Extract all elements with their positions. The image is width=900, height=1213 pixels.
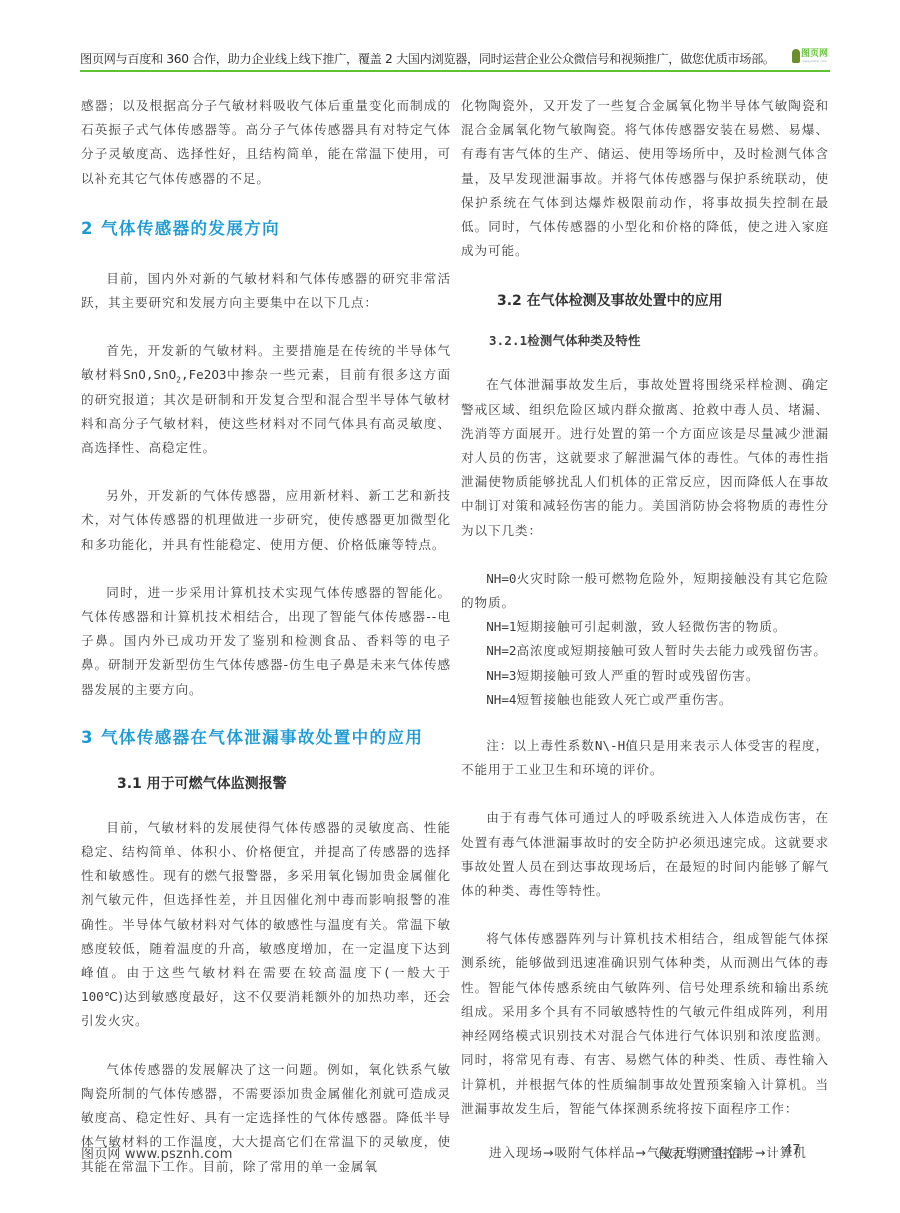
- site-logo[interactable]: 图页网 www.psznh.com: [792, 49, 828, 63]
- paragraph: 将气体传感器阵列与计算机技术相结合，组成智能气体探测系统，能够做到迅速准确识别气…: [461, 927, 829, 1121]
- formula-part: ,Fe2O3: [181, 367, 227, 382]
- toxicity-code: NH=0: [486, 571, 516, 586]
- footer-journal-name: 仪表与测量控制: [658, 1143, 749, 1162]
- temperature-value: 100℃: [81, 989, 118, 1004]
- toxicity-level-item: NH=1短期接触可引起刺激，致人轻微伤害的物质。: [461, 615, 829, 639]
- subsection-heading-3-2: 3.2 在气体检测及事故处置中的应用: [461, 289, 829, 313]
- paragraph-text: 目前，气敏材料的发展使得气体传感器的灵敏度高、性能稳定、结构简单、体积小、价格便…: [81, 820, 451, 980]
- workflow-step: 进入现场: [489, 1145, 543, 1160]
- toxicity-level-list: NH=0火灾时除一般可燃物危险外，短期接触没有其它危险的物质。 NH=1短期接触…: [461, 567, 829, 712]
- logo-figure-icon: [792, 49, 800, 63]
- logo-subtext: www.psznh.com: [802, 59, 826, 63]
- toxicity-description: 短暂接触也能致人死亡或严重伤害。: [517, 692, 733, 707]
- note-paragraph: 注：以上毒性系数N\-H值只是用来表示人体受害的程度，不能用于工业卫生和环境的评…: [461, 734, 829, 782]
- paragraph: 化物陶瓷外，又开发了一些复合金属氧化物半导体气敏陶瓷和混合金属氧化物气敏陶瓷。将…: [461, 94, 829, 263]
- subsection-heading-3-1: 3.1 用于可燃气体监测报警: [81, 772, 451, 796]
- workflow-steps: 进入现场→吸附气体样品→气敏元件产生信号→计算机: [461, 1141, 829, 1165]
- left-column: 感器；以及根据高分子气敏材料吸收气体后重量变化而制成的石英振子式气体传感器等。高…: [81, 94, 451, 1179]
- paragraph-text: )达到敏感度最好，这不仅要消耗额外的加热功率，还会引发火灾。: [81, 989, 451, 1028]
- logo-text: 图页网: [801, 49, 828, 59]
- section-heading-2: 2 气体传感器的发展方向: [81, 217, 451, 241]
- toxicity-level-item: NH=0火灾时除一般可燃物危险外，短期接触没有其它危险的物质。: [461, 567, 829, 615]
- paragraph: 同时，进一步采用计算机技术实现气体传感器的智能化。气体传感器和计算机技术相结合，…: [81, 581, 451, 702]
- toxicity-description: 高浓度或短期接触可致人暂时失去能力或残留伤害。: [517, 643, 827, 658]
- footer-site[interactable]: 图页网 www.psznh.com: [81, 1143, 233, 1162]
- toxicity-level-item: NH=4短暂接触也能致人死亡或严重伤害。: [461, 688, 829, 712]
- paragraph: 在气体泄漏事故发生后，事故处置将围绕采样检测、确定警戒区域、组织危险区域内群众撤…: [461, 373, 829, 542]
- workflow-step: 吸附气体样品: [554, 1145, 635, 1160]
- toxicity-level-item: NH=3短期接触可致人严重的暂时或残留伤害。: [461, 664, 829, 688]
- arrow-right-icon: →: [635, 1145, 646, 1160]
- subsubsection-heading-3-2-1: 3.2.1检测气体种类及特性: [461, 329, 829, 353]
- chemical-formula: SnO,SnO2,Fe2O3: [123, 367, 226, 382]
- toxicity-description: 短期接触可致人严重的暂时或残留伤害。: [517, 668, 760, 683]
- toxicity-description: 火灾时除一般可燃物危险外，短期接触没有其它危险的物质。: [461, 571, 829, 610]
- paragraph: 目前，气敏材料的发展使得气体传感器的灵敏度高、性能稳定、结构简单、体积小、价格便…: [81, 816, 451, 1034]
- banner-text: 图页网与百度和 360 合作，助力企业线上线下推广，覆盖 2 大国内浏览器，同时…: [80, 50, 775, 67]
- toxicity-level-item: NH=2高浓度或短期接触可致人暂时失去能力或残留伤害。: [461, 639, 829, 663]
- note-code: N\-H: [595, 738, 625, 753]
- toxicity-description: 短期接触可引起刺激，致人轻微伤害的物质。: [517, 619, 787, 634]
- toxicity-code: NH=2: [486, 643, 516, 658]
- paragraph: 目前，国内外对新的气敏材料和气体传感器的研究非常活跃，其主要研究和发展方向主要集…: [81, 267, 451, 315]
- arrow-right-icon: →: [543, 1145, 554, 1160]
- toxicity-code: NH=1: [486, 619, 516, 634]
- paragraph: 感器；以及根据高分子气敏材料吸收气体后重量变化而制成的石英振子式气体传感器等。高…: [81, 94, 451, 191]
- page-number: 47: [784, 1143, 801, 1158]
- paragraph: 首先，开发新的气敏材料。主要措施是在传统的半导体气敏材料SnO,SnO2,Fe2…: [81, 339, 451, 460]
- toxicity-code: NH=4: [486, 692, 516, 707]
- toxicity-code: NH=3: [486, 668, 516, 683]
- header-banner: 图页网与百度和 360 合作，助力企业线上线下推广，覆盖 2 大国内浏览器，同时…: [80, 46, 830, 72]
- arrow-right-icon: →: [755, 1145, 766, 1160]
- right-column: 化物陶瓷外，又开发了一些复合金属氧化物半导体气敏陶瓷和混合金属氧化物气敏陶瓷。将…: [461, 94, 829, 1165]
- paragraph: 另外，开发新的气体传感器，应用新材料、新工艺和新技术，对气体传感器的机理做进一步…: [81, 484, 451, 557]
- section-heading-3: 3 气体传感器在气体泄漏事故处置中的应用: [81, 726, 451, 750]
- formula-part: SnO,SnO: [123, 367, 176, 382]
- paragraph: 由于有毒气体可通过人的呼吸系统进入人体造成伤害，在处置有毒气体泄漏事故时的安全防…: [461, 806, 829, 903]
- note-text: 注：以上毒性系数: [486, 738, 595, 753]
